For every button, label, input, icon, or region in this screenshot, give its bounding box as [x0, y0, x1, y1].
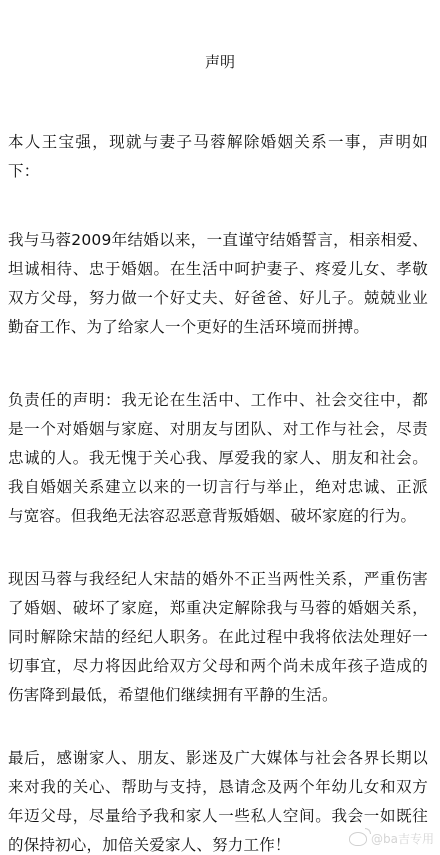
- watermark-text: @ba吉专用: [371, 830, 434, 847]
- paragraph-responsibility: 负责任的声明：我无论在生活中、工作中、社会交往中，都是一个对婚姻与家庭、对朋友与…: [8, 386, 428, 531]
- weibo-icon: [349, 832, 367, 846]
- paragraph-marriage: 我与马蓉2009年结婚以来，一直谨守结婚誓言，相亲相爱、坦诚相待、忠于婚姻。在生…: [8, 226, 428, 342]
- document-title: 声明: [0, 52, 440, 72]
- paragraph-intro: 本人王宝强，现就与妻子马蓉解除婚姻关系一事，声明如下：: [8, 128, 428, 186]
- paragraph-decision: 现因马蓉与我经纪人宋喆的婚外不正当两性关系，严重伤害了婚姻、破坏了家庭，郑重决定…: [8, 565, 428, 710]
- watermark: @ba吉专用: [349, 830, 434, 847]
